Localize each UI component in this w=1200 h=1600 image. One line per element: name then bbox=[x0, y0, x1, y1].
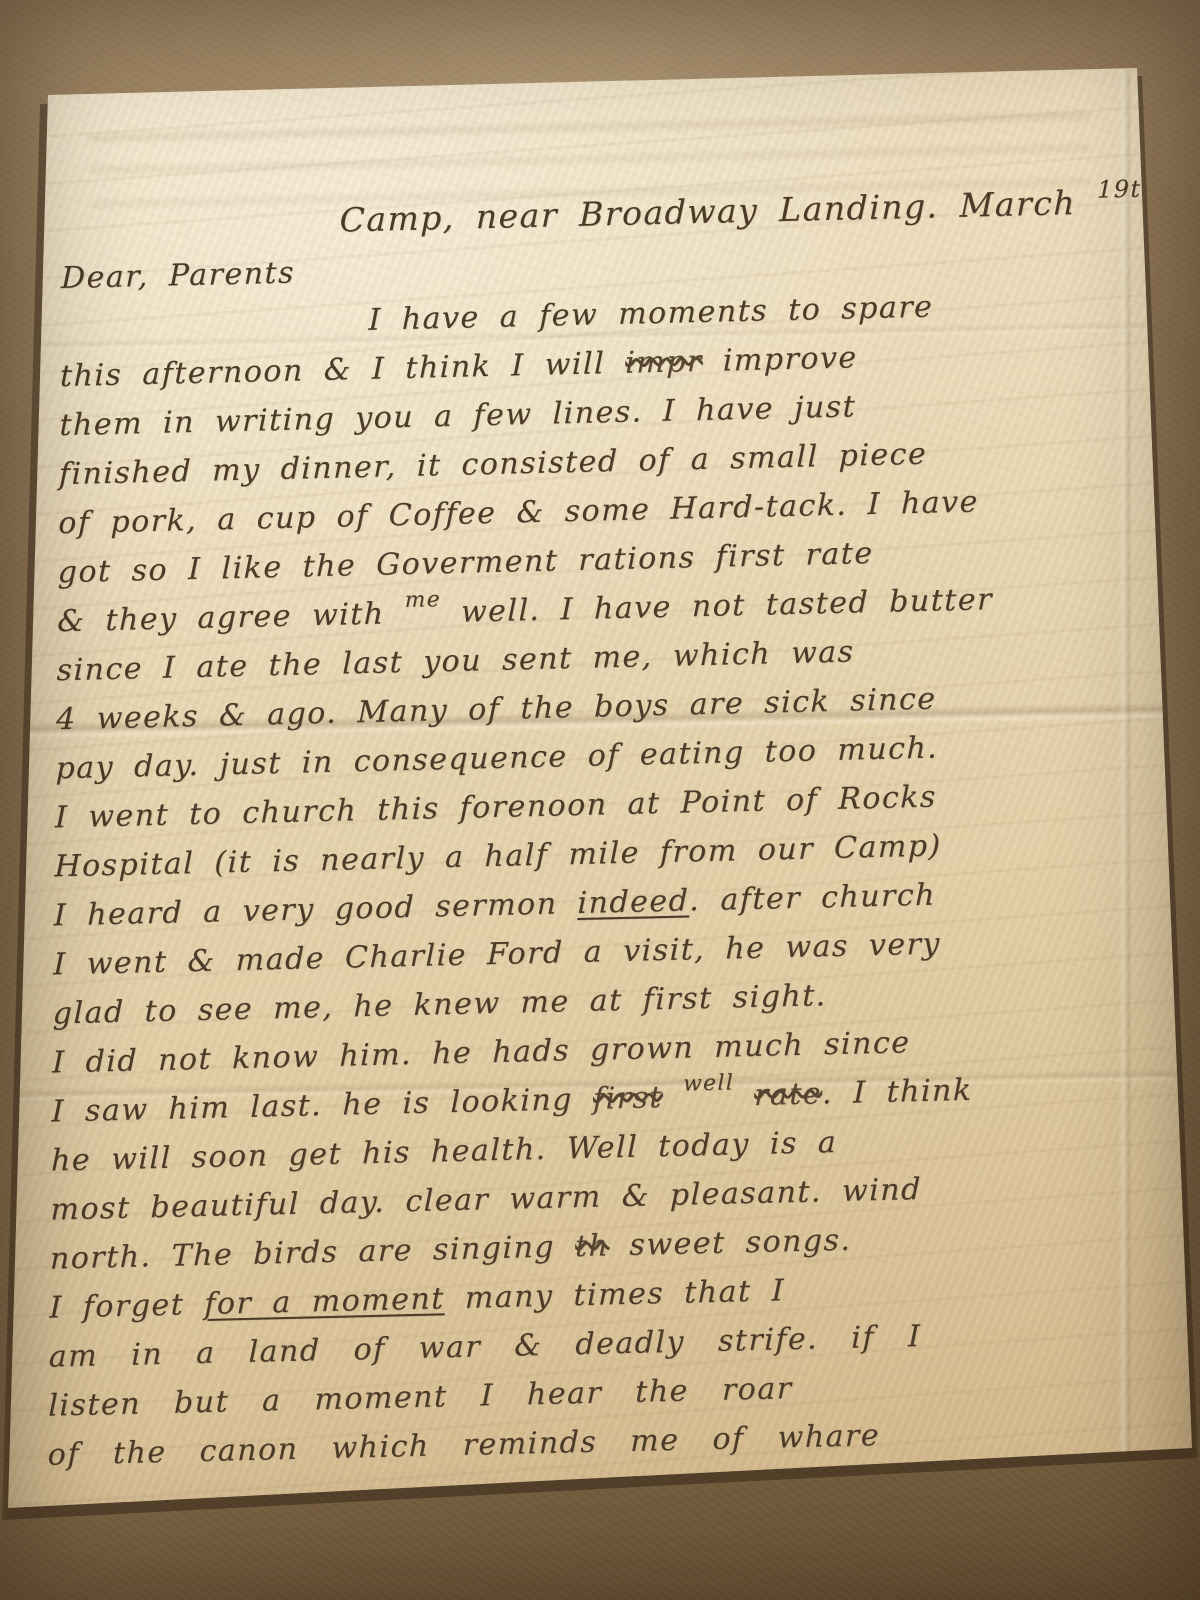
handwritten-text: Dear, Parents bbox=[61, 256, 295, 297]
handwritten-text bbox=[663, 1080, 683, 1115]
inserted-word-above-line: me bbox=[405, 575, 442, 625]
inserted-word-above-line: 19th bbox=[1097, 161, 1159, 216]
struck-out-word: th bbox=[575, 1228, 610, 1264]
handwritten-text: I saw him last. he is looking bbox=[51, 1082, 593, 1130]
letter-page: Camp, near Broadway Landing. March 19thD… bbox=[0, 0, 1200, 1600]
letter-body: Camp, near Broadway Landing. March 19thD… bbox=[47, 174, 1151, 1479]
handwritten-text: I have a few moments to spare bbox=[368, 289, 933, 337]
handwritten-text: many times that I bbox=[445, 1273, 785, 1316]
handwritten-text: north. The birds are singing bbox=[50, 1229, 576, 1276]
handwritten-text: improve bbox=[703, 340, 858, 379]
handwritten-text: . I think bbox=[822, 1073, 973, 1112]
handwritten-text: I heard a very good sermon bbox=[54, 886, 578, 933]
struck-out-word: first bbox=[593, 1080, 663, 1117]
inserted-word-above-line: well bbox=[683, 1058, 735, 1108]
struck-out-word: rate bbox=[754, 1076, 822, 1113]
handwritten-text: well. I have not tasted butter bbox=[441, 582, 993, 630]
handwritten-text: this afternoon & I think I will bbox=[60, 346, 626, 394]
handwritten-text: & they agree with bbox=[57, 596, 405, 639]
struck-out-word: impr bbox=[625, 344, 703, 381]
handwritten-text: sweet songs. bbox=[609, 1223, 851, 1264]
handwritten-text: I forget bbox=[49, 1287, 204, 1326]
photo-background: Camp, near Broadway Landing. March 19thD… bbox=[0, 0, 1200, 1600]
underlined-word: indeed bbox=[577, 883, 689, 921]
handwritten-text: Camp, near Broadway Landing. March bbox=[339, 183, 1097, 240]
handwritten-text: . after church bbox=[689, 878, 936, 919]
underlined-word: for a moment bbox=[204, 1281, 445, 1322]
handwritten-text bbox=[734, 1078, 754, 1113]
